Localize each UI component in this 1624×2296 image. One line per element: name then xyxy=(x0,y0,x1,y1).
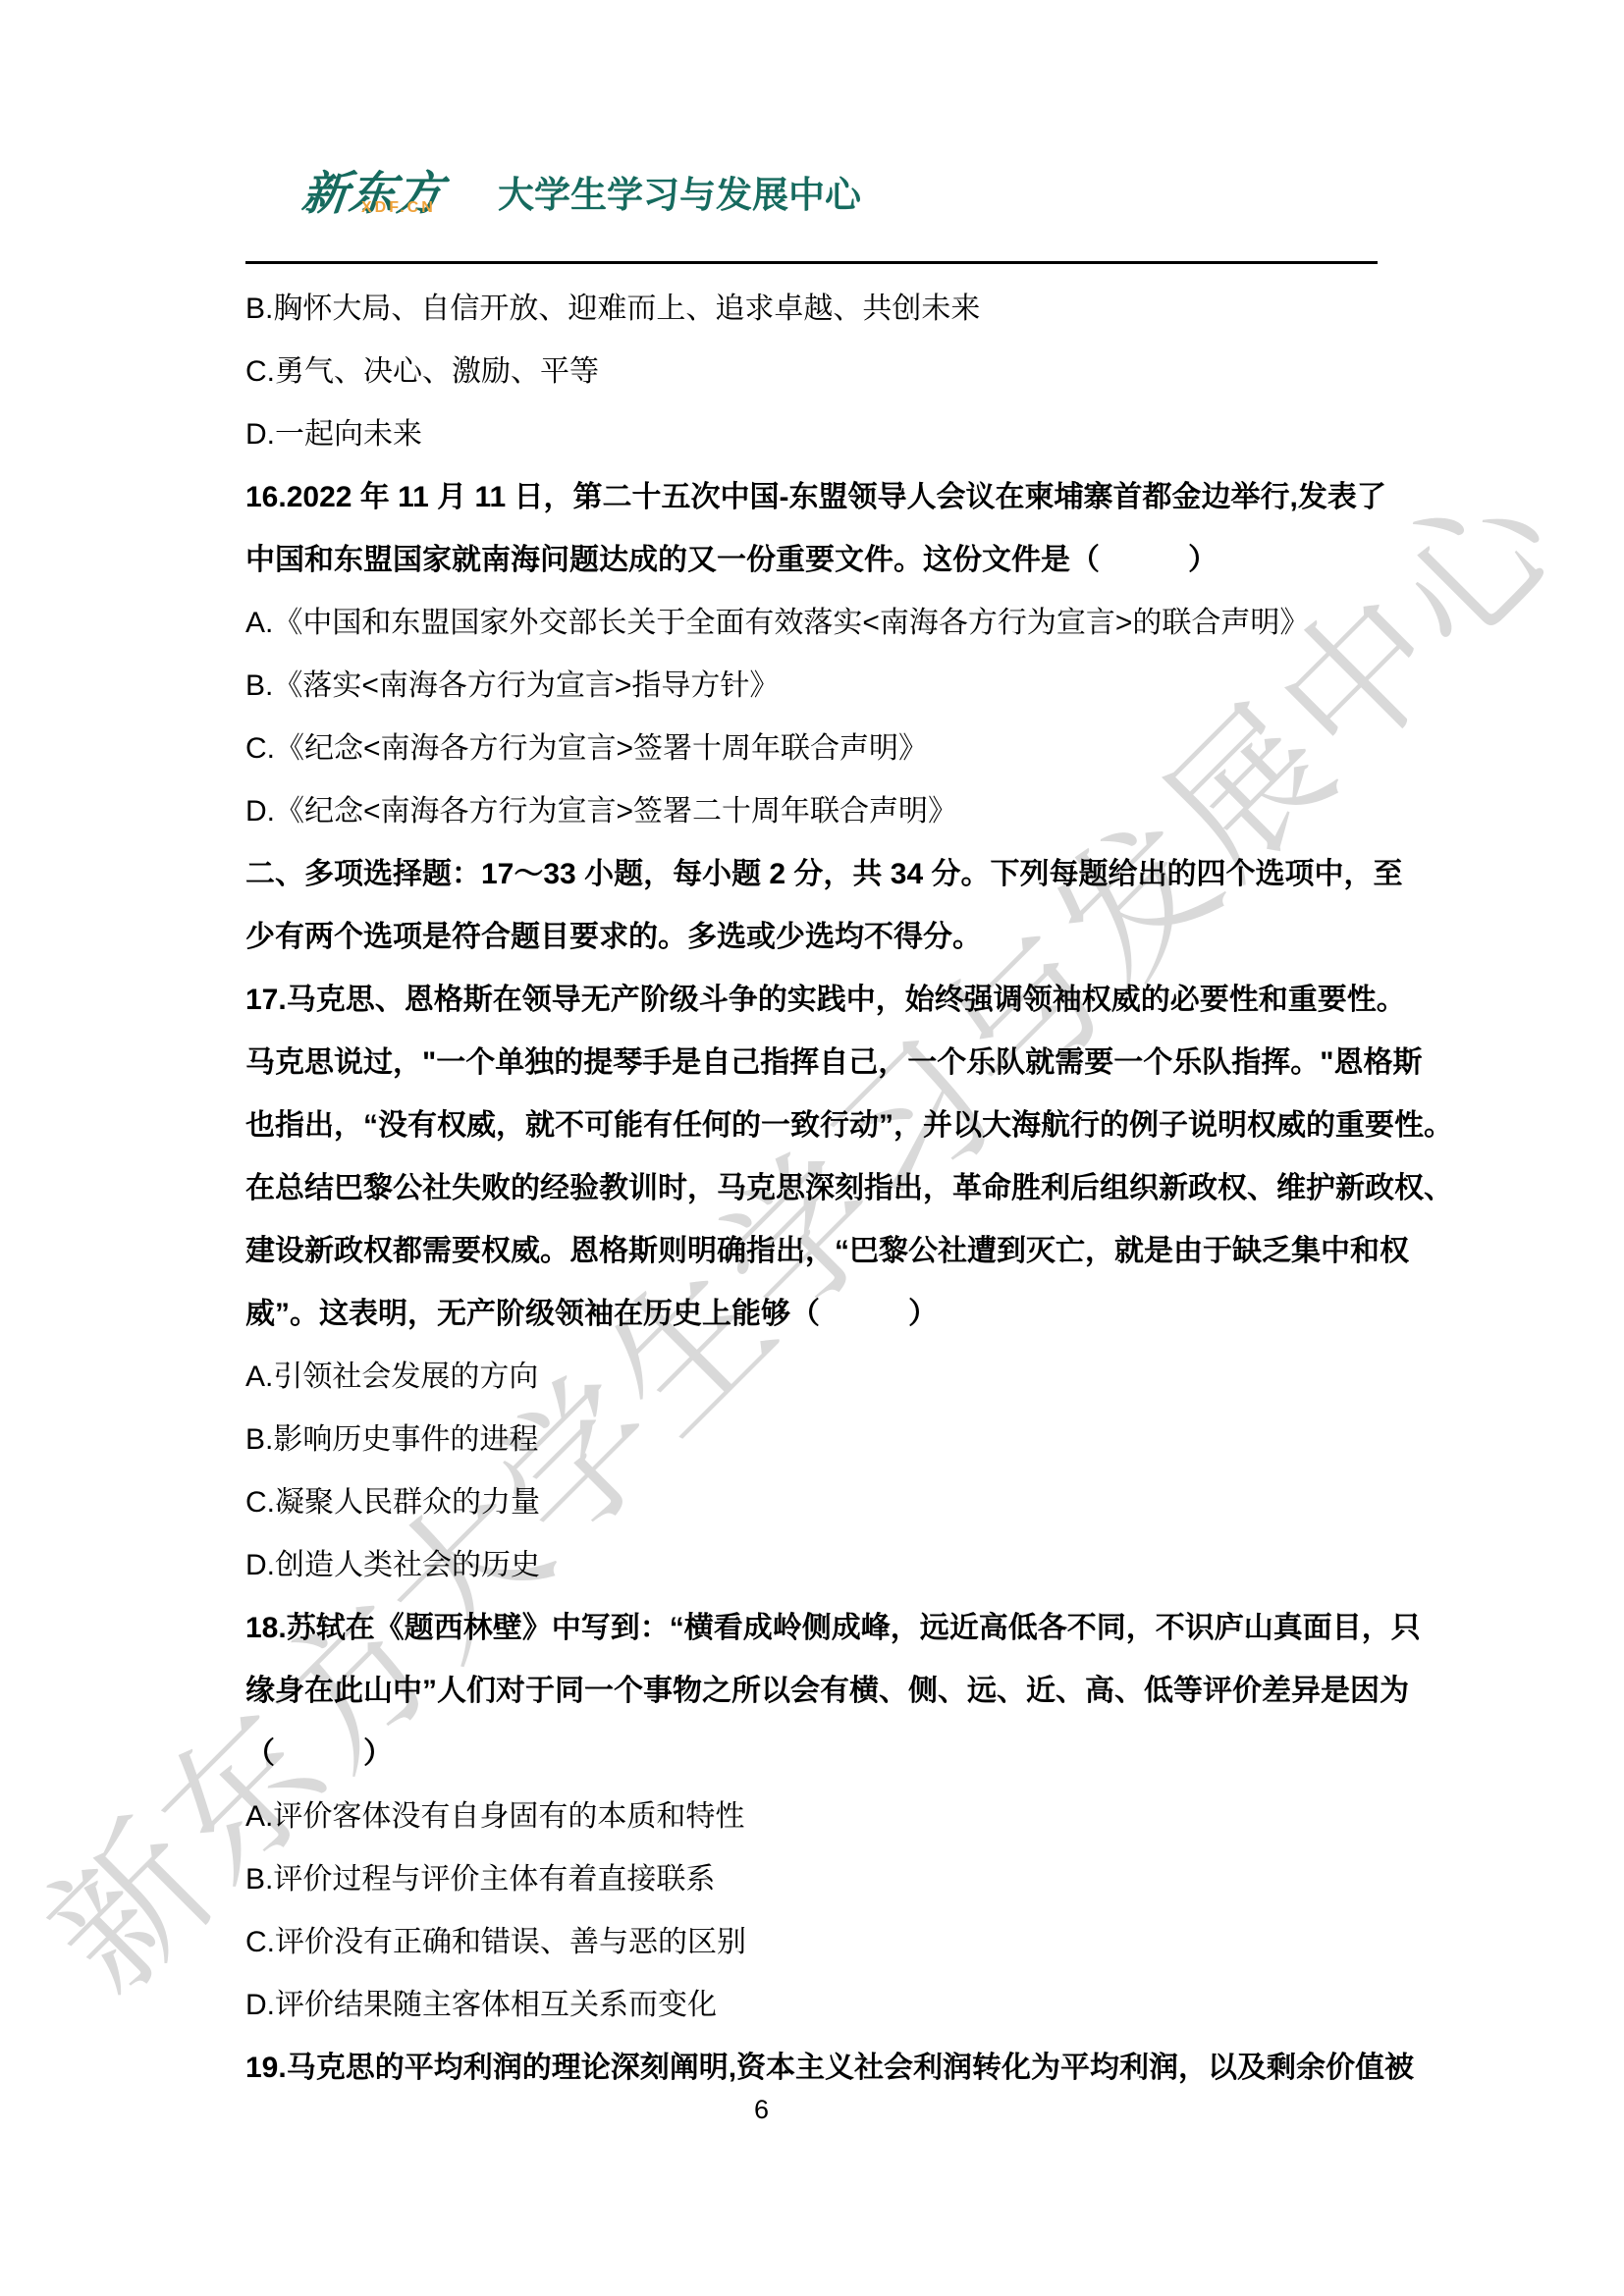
question-stem-line: 在总结巴黎公社失败的经验教训时，马克思深刻指出，革命胜利后组织新政权、维护新政权… xyxy=(245,1157,1404,1220)
question-stem-line: 18.苏轼在《题西林壁》中写到：“横看成岭侧成峰，远近高低各不同，不识庐山真面目… xyxy=(245,1597,1404,1660)
option-line: B.影响历史事件的进程 xyxy=(245,1409,1404,1471)
option-line: C.凝聚人民群众的力量 xyxy=(245,1471,1404,1534)
exam-body-text: B.胸怀大局、自信开放、迎难而上、追求卓越、共创未来C.勇气、决心、激励、平等D… xyxy=(245,278,1404,2100)
question-stem-line: 16.2022 年 11 月 11 日，第二十五次中国-东盟领导人会议在柬埔寨首… xyxy=(245,466,1404,529)
header-divider-rule xyxy=(245,261,1378,264)
question-stem-line: 17.马克思、恩格斯在领导无产阶级斗争的实践中，始终强调领袖权威的必要性和重要性… xyxy=(245,969,1404,1032)
option-line: D.《纪念<南海各方行为宣言>签署二十周年联合声明》 xyxy=(245,780,1404,843)
option-line: D.评价结果随主客体相互关系而变化 xyxy=(245,1974,1404,2037)
document-page: 新东方大学生学习与发展中心 新东方 XDF.CN 大学生学习与发展中心 B.胸怀… xyxy=(0,0,1624,2296)
option-line: C.勇气、决心、激励、平等 xyxy=(245,341,1404,403)
question-stem-line: 少有两个选项是符合题目要求的。多选或少选均不得分。 xyxy=(245,906,1404,969)
question-stem-line: 建设新政权都需要权威。恩格斯则明确指出，“巴黎公社遭到灭亡，就是由于缺乏集中和权 xyxy=(245,1220,1404,1283)
option-line: D.一起向未来 xyxy=(245,403,1404,466)
logo-center-name: 大学生学习与发展中心 xyxy=(498,165,861,218)
option-line: A.评价客体没有自身固有的本质和特性 xyxy=(245,1786,1404,1848)
option-line: A.《中国和东盟国家外交部长关于全面有效落实<南海各方行为宣言>的联合声明》 xyxy=(245,592,1404,655)
question-stem-line: 马克思说过，"一个单独的提琴手是自己指挥自己，一个乐队就需要一个乐队指挥。"恩格… xyxy=(245,1032,1404,1095)
option-line: B.《落实<南海各方行为宣言>指导方针》 xyxy=(245,655,1404,718)
option-line: B.胸怀大局、自信开放、迎难而上、追求卓越、共创未来 xyxy=(245,278,1404,341)
option-line: C.评价没有正确和错误、善与恶的区别 xyxy=(245,1911,1404,1974)
xdf-logo-domain: XDF.CN xyxy=(361,199,436,217)
option-line: A.引领社会发展的方向 xyxy=(245,1346,1404,1409)
question-stem-line: 二、多项选择题：17～33 小题，每小题 2 分，共 34 分。下列每题给出的四… xyxy=(245,843,1404,906)
question-stem-line: 中国和东盟国家就南海问题达成的又一份重要文件。这份文件是（ ） xyxy=(245,529,1404,592)
option-line: C.《纪念<南海各方行为宣言>签署十周年联合声明》 xyxy=(245,718,1404,780)
question-stem-line: 19.马克思的平均利润的理论深刻阐明,资本主义社会利润转化为平均利润，以及剩余价… xyxy=(245,2037,1404,2100)
question-stem-line: 威”。这表明，无产阶级领袖在历史上能够（ ） xyxy=(245,1283,1404,1346)
option-line: B.评价过程与评价主体有着直接联系 xyxy=(245,1848,1404,1911)
question-stem-line: 也指出，“没有权威，就不可能有任何的一致行动”，并以大海航行的例子说明权威的重要… xyxy=(245,1095,1404,1157)
question-stem-line: （ ） xyxy=(245,1723,1404,1786)
page-number: 6 xyxy=(754,2095,769,2125)
question-stem-line: 缘身在此山中”人们对于同一个事物之所以会有横、侧、远、近、高、低等评价差异是因为 xyxy=(245,1660,1404,1723)
option-line: D.创造人类社会的历史 xyxy=(245,1534,1404,1597)
